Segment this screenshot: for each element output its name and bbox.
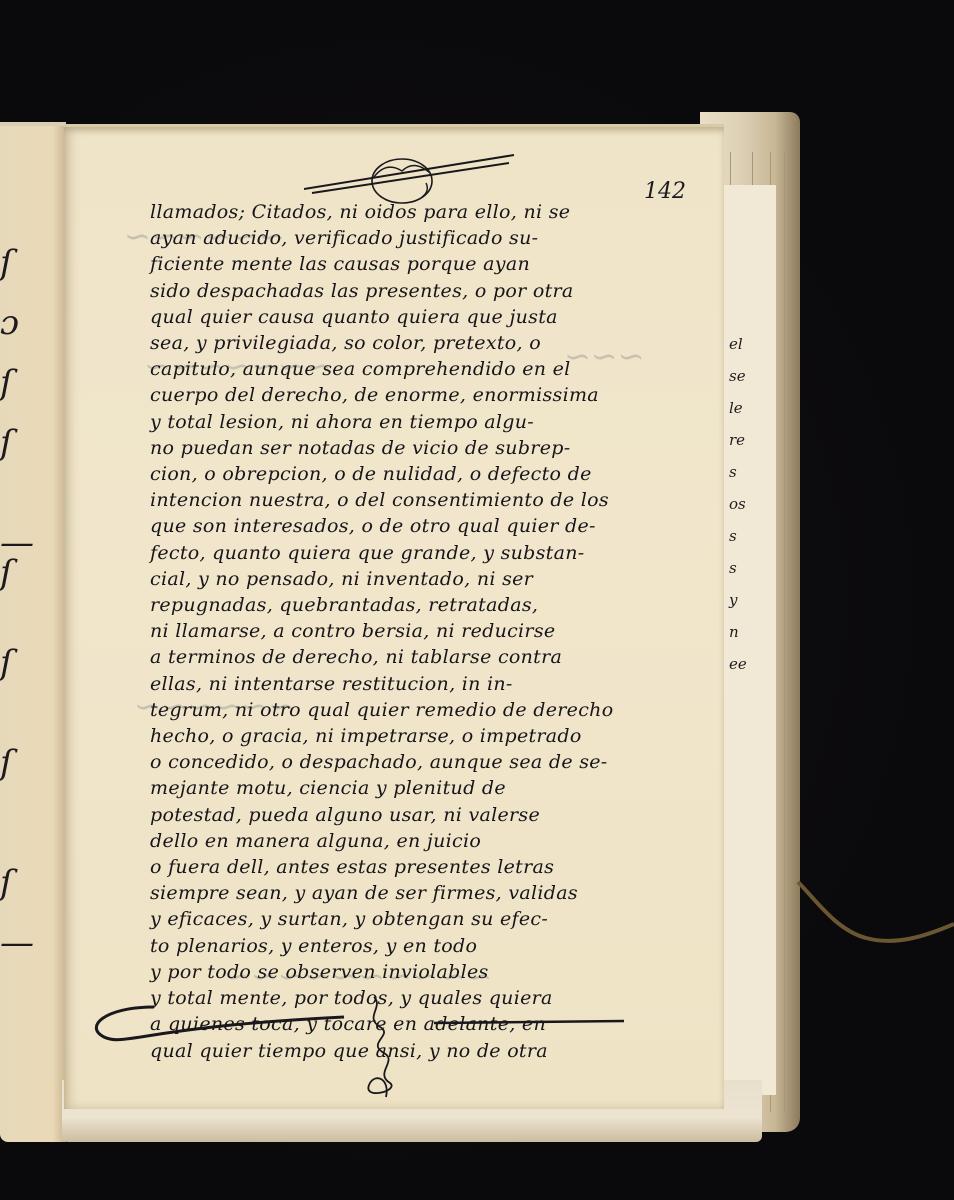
manuscript-page: 142 ~~~~~~ ~~~~~~~ ~~~ ~~~~~~ ~~~~~~~~~~… — [64, 124, 724, 1109]
slip-text-fragment: s — [723, 559, 776, 591]
text-line: llamados; Citados, ni oidos para ello, n… — [150, 199, 650, 225]
folio-number: 142 — [644, 179, 686, 204]
inserted-slip: el se le re s os s s y n ee — [722, 185, 776, 1095]
left-facing-page: ſ ɔ ſ ſ — ſ ſ ſ ſ — — [0, 122, 66, 1142]
text-line: hecho, o gracia, ni impetrarse, o impetr… — [150, 723, 650, 749]
text-line: cuerpo del derecho, de enorme, enormissi… — [150, 382, 650, 408]
left-page-stroke: ſ — [0, 366, 13, 400]
text-line: qual quier causa quanto quiera que justa — [150, 304, 650, 330]
text-line: cion, o obrepcion, o de nulidad, o defec… — [150, 461, 650, 487]
text-line: repugnadas, quebrantadas, retratadas, — [150, 592, 650, 618]
text-line: ficiente mente las causas porque ayan — [150, 251, 650, 277]
manuscript-text: llamados; Citados, ni oidos para ello, n… — [150, 199, 650, 1064]
text-line: o concedido, o despachado, aunque sea de… — [150, 749, 650, 775]
text-line: cial, y no pensado, ni inventado, ni ser — [150, 566, 650, 592]
text-line: tegrum, ni otro qual quier remedio de de… — [150, 697, 650, 723]
slip-text-fragment: se — [723, 367, 776, 399]
binding-string — [796, 880, 954, 950]
left-page-stroke: ɔ — [0, 306, 19, 340]
text-line: no puedan ser notadas de vicio de subrep… — [150, 435, 650, 461]
slip-text-fragment: ee — [723, 655, 776, 687]
text-line: o fuera dell, antes estas presentes letr… — [150, 854, 650, 880]
slip-text-fragment: s — [723, 463, 776, 495]
left-page-stroke: ſ — [0, 866, 13, 900]
slip-text-fragment: s — [723, 527, 776, 559]
slip-text-fragment: le — [723, 399, 776, 431]
text-line: a terminos de derecho, ni tablarse contr… — [150, 644, 650, 670]
slip-text-fragment: os — [723, 495, 776, 527]
text-line: y por todo se observen inviolables — [150, 959, 650, 985]
left-page-stroke: — — [0, 926, 34, 960]
text-line: sea, y privilegiada, so color, pretexto,… — [150, 330, 650, 356]
text-line: ayan aducido, verificado justificado su- — [150, 225, 650, 251]
left-page-stroke: ſ — [0, 746, 13, 780]
left-page-stroke: ſ — [0, 556, 13, 590]
text-line: que son interesados, o de otro qual quie… — [150, 513, 650, 539]
slip-text-fragment: n — [723, 623, 776, 655]
left-page-stroke: ſ — [0, 246, 13, 280]
text-line: ellas, ni intentarse restitucion, in in- — [150, 671, 650, 697]
text-line: dello en manera alguna, en juicio — [150, 828, 650, 854]
text-line: mejante motu, ciencia y plenitud de — [150, 775, 650, 801]
text-line: fecto, quanto quiera que grande, y subst… — [150, 540, 650, 566]
text-line: siempre sean, y ayan de ser firmes, vali… — [150, 880, 650, 906]
text-line: capitulo, aunque sea comprehendido en el — [150, 356, 650, 382]
page-edge-line — [784, 152, 785, 1112]
text-line: to plenarios, y enteros, y en todo — [150, 933, 650, 959]
left-page-stroke: ſ — [0, 426, 13, 460]
text-line: y eficaces, y surtan, y obtengan su efec… — [150, 906, 650, 932]
slip-text-fragment: el — [723, 335, 776, 367]
text-line: sido despachadas las presentes, o por ot… — [150, 278, 650, 304]
closing-flourish-rubric-icon — [84, 987, 684, 1117]
slip-text-fragment: y — [723, 591, 776, 623]
slip-text-fragment: re — [723, 431, 776, 463]
text-line: potestad, pueda alguno usar, ni valerse — [150, 802, 650, 828]
text-line: y total lesion, ni ahora en tiempo algu- — [150, 409, 650, 435]
text-line: intencion nuestra, o del consentimiento … — [150, 487, 650, 513]
left-page-stroke: ſ — [0, 646, 13, 680]
text-line: ni llamarse, a contro bersia, ni reducir… — [150, 618, 650, 644]
